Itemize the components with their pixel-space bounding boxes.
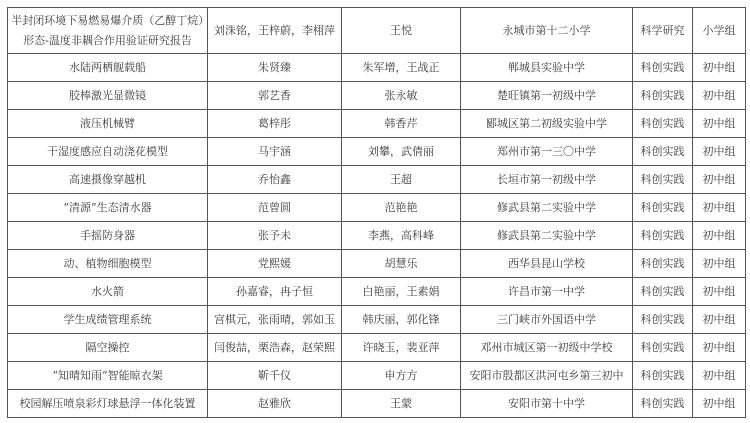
category-cell: 科学研究 (633, 8, 693, 54)
students-cell: 宫棋元，张雨晴，郭如玉 (208, 306, 342, 334)
group-cell: 小学组 (693, 8, 746, 54)
school-cell: 郑州市第一三〇中学 (461, 138, 633, 166)
students-cell: 乔怡鑫 (208, 166, 342, 194)
school-cell: 许昌市第一中学 (461, 278, 633, 306)
students-cell: 赵雅欣 (208, 390, 342, 418)
advisor-cell: 白艳丽，王素娟 (342, 278, 461, 306)
school-cell: 安阳市殷都区洪河屯乡第三初中 (461, 362, 633, 390)
awards-table: 半封闭环境下易燃易爆介质（乙醇丁烷）形态-温度非耦合作用验证研究报告 刘洙铭，王… (7, 7, 746, 418)
category-cell: 科创实践 (633, 250, 693, 278)
project-cell: 水火箭 (8, 278, 208, 306)
table-row: 液压机械臂 葛梓彤 韩香芹 郾城区第二初级实验中学 科创实践 初中组 (8, 110, 746, 138)
group-cell: 初中组 (693, 82, 746, 110)
category-cell: 科创实践 (633, 334, 693, 362)
advisor-cell: 韩香芹 (342, 110, 461, 138)
group-cell: 初中组 (693, 306, 746, 334)
school-cell: 修武县第二实验中学 (461, 222, 633, 250)
students-cell: 朱贤臻 (208, 54, 342, 82)
advisor-cell: 韩庆丽，郭化锋 (342, 306, 461, 334)
group-cell: 初中组 (693, 110, 746, 138)
school-cell: 邓州市城区第一初级中学校 (461, 334, 633, 362)
group-cell: 初中组 (693, 362, 746, 390)
advisor-cell: 胡慧乐 (342, 250, 461, 278)
advisor-cell: 李燕，高科峰 (342, 222, 461, 250)
school-cell: 西华县昆山学校 (461, 250, 633, 278)
table-row: 高速摄像穿越机 乔怡鑫 王超 长垣市第一初级中学 科创实践 初中组 (8, 166, 746, 194)
advisor-cell: 张永敏 (342, 82, 461, 110)
group-cell: 初中组 (693, 390, 746, 418)
group-cell: 初中组 (693, 250, 746, 278)
table-row: 水火箭 孙嘉睿，冉子恒 白艳丽，王素娟 许昌市第一中学 科创实践 初中组 (8, 278, 746, 306)
category-cell: 科创实践 (633, 306, 693, 334)
table-row: 学生成绩管理系统 宫棋元，张雨晴，郭如玉 韩庆丽，郭化锋 三门峡市外国语中学 科… (8, 306, 746, 334)
students-cell: 郭艺香 (208, 82, 342, 110)
advisor-cell: 许晓玉，裴亚萍 (342, 334, 461, 362)
category-cell: 科创实践 (633, 54, 693, 82)
advisor-cell: 刘攀，武倩丽 (342, 138, 461, 166)
project-cell: 学生成绩管理系统 (8, 306, 208, 334)
school-cell: 安阳市第十中学 (461, 390, 633, 418)
group-cell: 初中组 (693, 278, 746, 306)
school-cell: 三门峡市外国语中学 (461, 306, 633, 334)
project-cell: 隔空操控 (8, 334, 208, 362)
school-cell: 郸城县实验中学 (461, 54, 633, 82)
table-row: 手摇防身器 张予未 李燕，高科峰 修武县第二实验中学 科创实践 初中组 (8, 222, 746, 250)
category-cell: 科创实践 (633, 278, 693, 306)
project-cell: 半封闭环境下易燃易爆介质（乙醇丁烷）形态-温度非耦合作用验证研究报告 (8, 8, 208, 54)
project-cell: 高速摄像穿越机 (8, 166, 208, 194)
project-cell: “清源”生态清水器 (8, 194, 208, 222)
table-row: 水陆两栖舰载船 朱贤臻 朱军增，王战正 郸城县实验中学 科创实践 初中组 (8, 54, 746, 82)
advisor-cell: 朱军增，王战正 (342, 54, 461, 82)
group-cell: 初中组 (693, 334, 746, 362)
category-cell: 科创实践 (633, 110, 693, 138)
category-cell: 科创实践 (633, 222, 693, 250)
students-cell: 靳千仪 (208, 362, 342, 390)
table-row: 隔空操控 闫俊喆，栗浩森，赵荣熙 许晓玉，裴亚萍 邓州市城区第一初级中学校 科创… (8, 334, 746, 362)
category-cell: 科创实践 (633, 362, 693, 390)
project-cell: 校园解压喷泉彩灯球悬浮一体化装置 (8, 390, 208, 418)
students-cell: 张予未 (208, 222, 342, 250)
category-cell: 科创实践 (633, 194, 693, 222)
group-cell: 初中组 (693, 54, 746, 82)
category-cell: 科创实践 (633, 390, 693, 418)
students-cell: 刘洙铭，王梓蔚，李栩萍 (208, 8, 342, 54)
category-cell: 科创实践 (633, 138, 693, 166)
school-cell: 永城市第十二小学 (461, 8, 633, 54)
table-row: “知晴知雨”智能晾衣架 靳千仪 申方方 安阳市殷都区洪河屯乡第三初中 科创实践 … (8, 362, 746, 390)
table-row: 动、植物细胞模型 党熙媛 胡慧乐 西华县昆山学校 科创实践 初中组 (8, 250, 746, 278)
advisor-cell: 王悦 (342, 8, 461, 54)
students-cell: 孙嘉睿，冉子恒 (208, 278, 342, 306)
category-cell: 科创实践 (633, 166, 693, 194)
group-cell: 初中组 (693, 138, 746, 166)
table-row: 校园解压喷泉彩灯球悬浮一体化装置 赵雅欣 王蒙 安阳市第十中学 科创实践 初中组 (8, 390, 746, 418)
group-cell: 初中组 (693, 194, 746, 222)
table-body: 半封闭环境下易燃易爆介质（乙醇丁烷）形态-温度非耦合作用验证研究报告 刘洙铭，王… (8, 8, 746, 418)
group-cell: 初中组 (693, 166, 746, 194)
school-cell: 郾城区第二初级实验中学 (461, 110, 633, 138)
project-cell: 液压机械臂 (8, 110, 208, 138)
school-cell: 修武县第二实验中学 (461, 194, 633, 222)
category-cell: 科创实践 (633, 82, 693, 110)
students-cell: 马宇涵 (208, 138, 342, 166)
project-cell: 手摇防身器 (8, 222, 208, 250)
project-cell: “知晴知雨”智能晾衣架 (8, 362, 208, 390)
project-cell: 胶棒激光显微镜 (8, 82, 208, 110)
project-cell: 动、植物细胞模型 (8, 250, 208, 278)
students-cell: 闫俊喆，栗浩森，赵荣熙 (208, 334, 342, 362)
table-row: “清源”生态清水器 范曾圆 范艳艳 修武县第二实验中学 科创实践 初中组 (8, 194, 746, 222)
group-cell: 初中组 (693, 222, 746, 250)
students-cell: 范曾圆 (208, 194, 342, 222)
school-cell: 楚旺镇第一初级中学 (461, 82, 633, 110)
project-cell: 干湿度感应自动浇花模型 (8, 138, 208, 166)
school-cell: 长垣市第一初级中学 (461, 166, 633, 194)
advisor-cell: 申方方 (342, 362, 461, 390)
project-cell: 水陆两栖舰载船 (8, 54, 208, 82)
table-row: 干湿度感应自动浇花模型 马宇涵 刘攀，武倩丽 郑州市第一三〇中学 科创实践 初中… (8, 138, 746, 166)
students-cell: 党熙媛 (208, 250, 342, 278)
table-row: 胶棒激光显微镜 郭艺香 张永敏 楚旺镇第一初级中学 科创实践 初中组 (8, 82, 746, 110)
advisor-cell: 王蒙 (342, 390, 461, 418)
table-row: 半封闭环境下易燃易爆介质（乙醇丁烷）形态-温度非耦合作用验证研究报告 刘洙铭，王… (8, 8, 746, 54)
students-cell: 葛梓彤 (208, 110, 342, 138)
advisor-cell: 王超 (342, 166, 461, 194)
advisor-cell: 范艳艳 (342, 194, 461, 222)
